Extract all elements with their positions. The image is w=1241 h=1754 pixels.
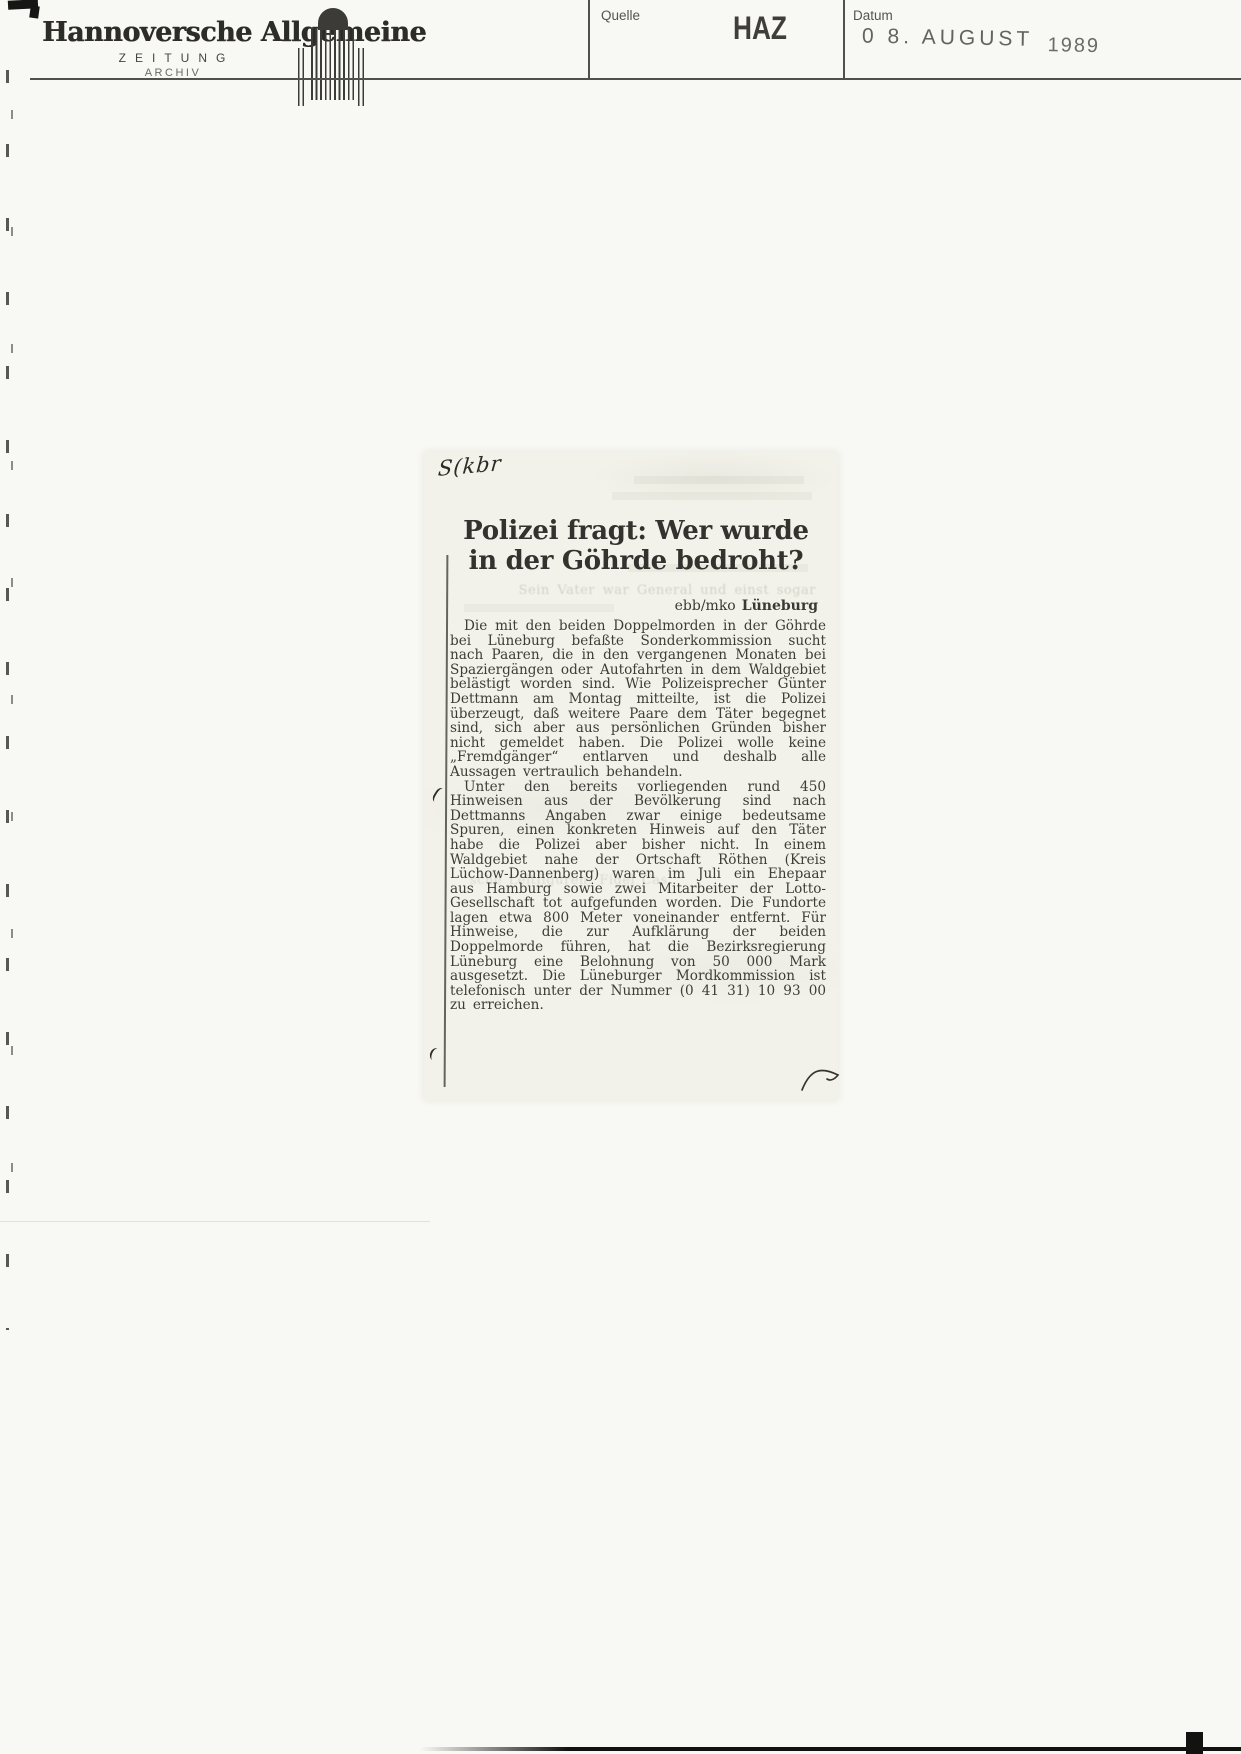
- logo-stripes-left: [298, 48, 307, 106]
- column-logo-icon: [296, 6, 368, 102]
- article-body: Die mit den beiden Doppelmorden in der G…: [450, 619, 826, 1013]
- newspaper-title: Hannoversche Allgemeine: [42, 18, 302, 48]
- pen-mark-tick: [428, 1046, 443, 1062]
- clipping-fold-line: [444, 555, 448, 1087]
- bleedthrough-smudge: [612, 492, 812, 500]
- divider-quelle: [588, 0, 590, 79]
- archive-scan-page: Hannoversche Allgemeine ZEITUNG ARCHIV Q…: [0, 0, 1241, 1754]
- divider-datum: [843, 0, 845, 79]
- bleedthrough-text: Sein Vater war General und einst sogar: [519, 583, 816, 598]
- header-rule: [30, 78, 1241, 80]
- source-stamp: HAZ: [703, 10, 818, 47]
- date-stamp-day-month: 0 8. AUGUST: [862, 25, 1034, 51]
- headline: Polizei fragt: Wer wurde in der Göhrde b…: [450, 516, 822, 576]
- scan-artifact-corner-2: [29, 5, 40, 18]
- date-stamp-year: 1989: [1047, 34, 1100, 58]
- byline: ebb/mkoLüneburg: [450, 598, 818, 614]
- scan-artifact-faint-rule: [0, 1221, 430, 1222]
- scan-artifact-bottom-right: [1186, 1732, 1203, 1754]
- headline-line1: Polizei fragt: Wer wurde: [463, 516, 809, 546]
- article-paragraph-2: Unter den bereits vorliegenden rund 450 …: [450, 780, 826, 1014]
- date-field-label: Datum: [853, 8, 893, 23]
- byline-prefix: ebb/mko: [675, 598, 736, 614]
- scan-artifact-left-edge: [6, 70, 9, 1330]
- logo-dome: [318, 8, 348, 30]
- bleedthrough-smudge: [634, 476, 804, 484]
- headline-line2: in der Göhrde bedroht?: [469, 546, 804, 576]
- date-stamp: 0 8. AUGUST 1989: [862, 25, 1122, 54]
- logo-stripes-right: [358, 48, 365, 106]
- newspaper-subtitle: ZEITUNG: [42, 51, 302, 65]
- source-field-label: Quelle: [601, 8, 640, 23]
- newspaper-clipping: Sein Vater war General und einst sogar s…: [424, 452, 838, 1100]
- pen-mark-flourish: [800, 1062, 842, 1098]
- byline-location: Lüneburg: [742, 598, 818, 614]
- handwritten-annotation: S(kbr: [437, 451, 503, 481]
- logo-stripes-main: [311, 28, 355, 100]
- scan-artifact-left-edge-2: [11, 110, 13, 1260]
- scan-artifact-bottom-line: [420, 1747, 1241, 1751]
- masthead: Hannoversche Allgemeine ZEITUNG ARCHIV: [42, 18, 302, 79]
- article-paragraph-1: Die mit den beiden Doppelmorden in der G…: [450, 619, 826, 780]
